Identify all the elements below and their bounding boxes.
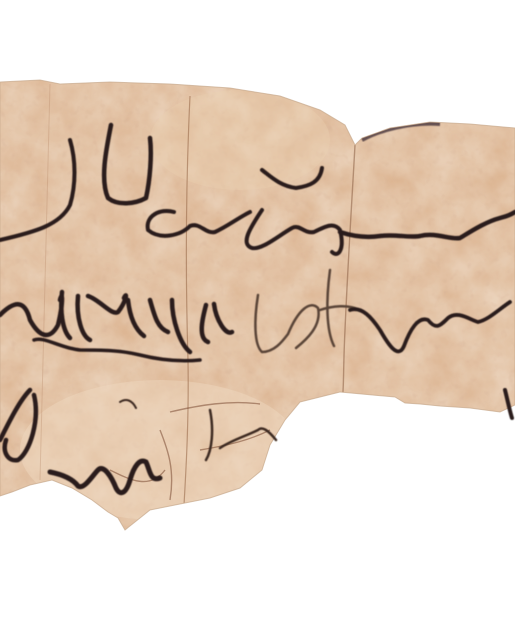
- manuscript-photo: Torn fragment of a manuscript with handw…: [0, 0, 515, 618]
- manuscript-fragment: [0, 0, 515, 618]
